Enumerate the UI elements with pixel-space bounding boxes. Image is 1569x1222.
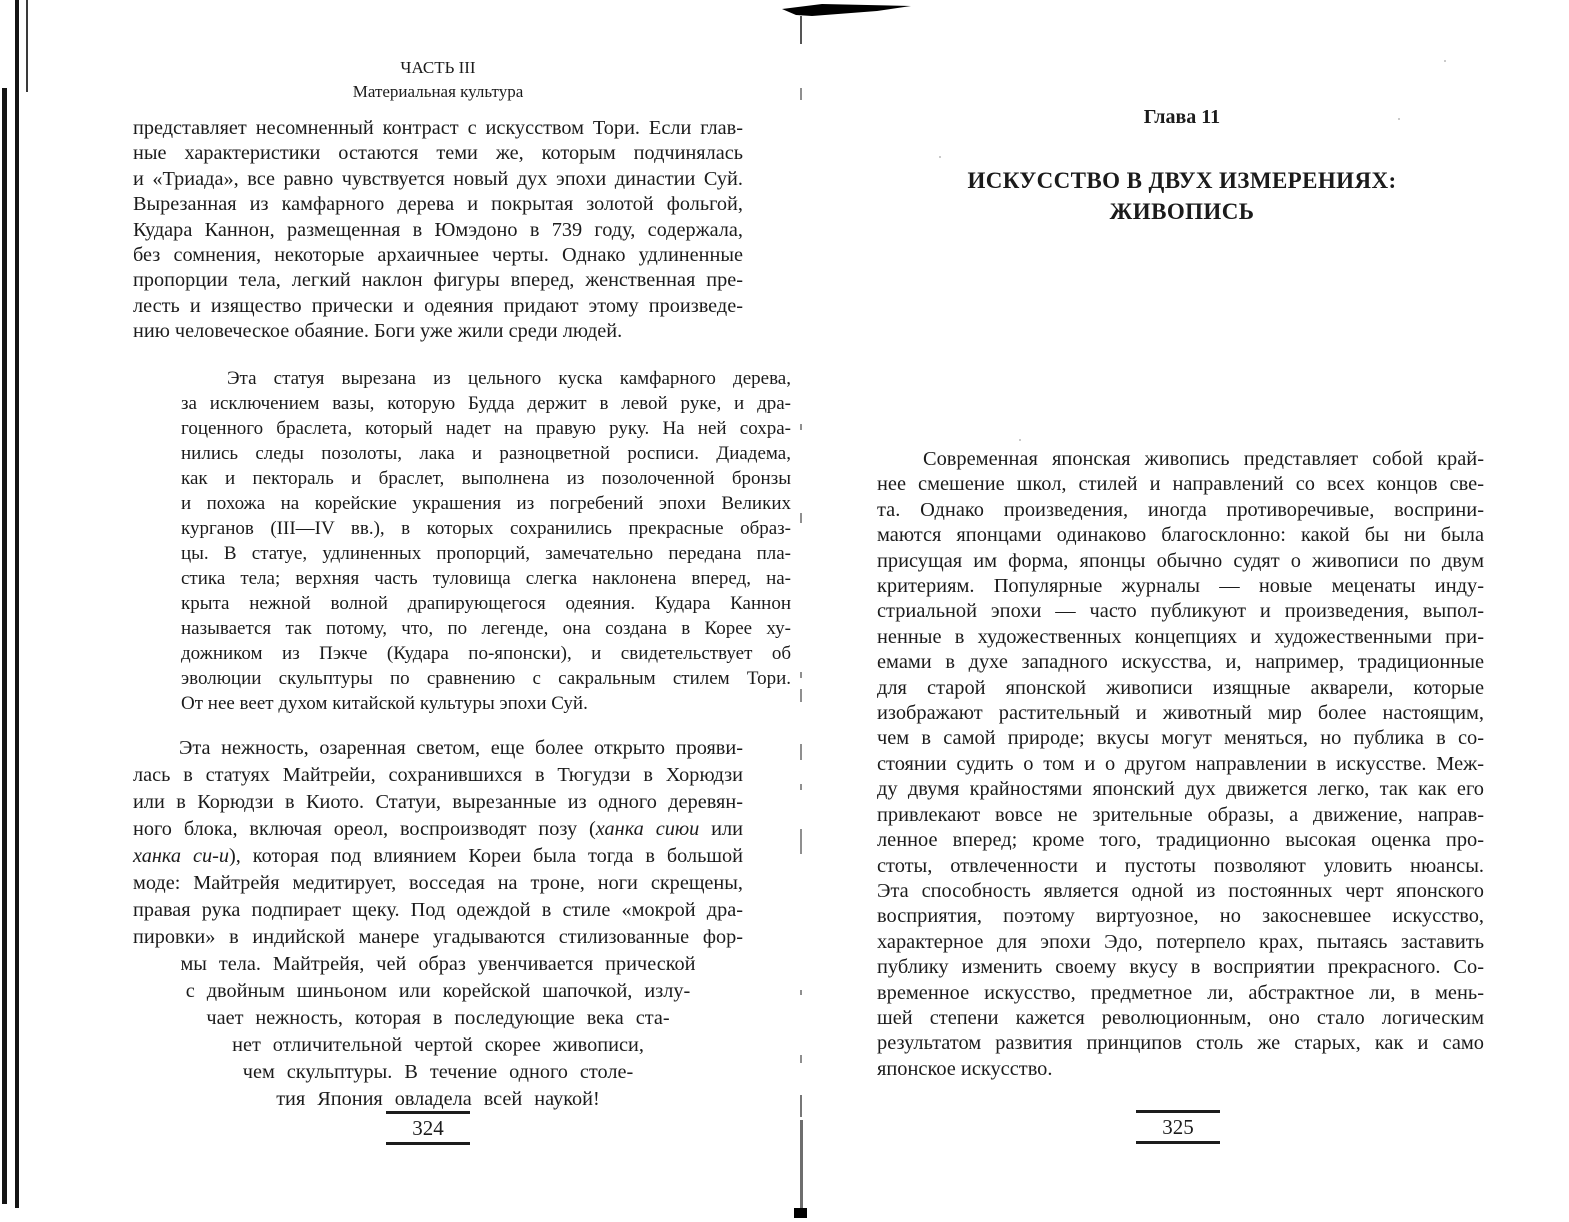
text-line: чем в самой природе; вкусы могут менятьс…: [877, 726, 1484, 751]
text-line: характерное для эпохи Эдо, потерпело кра…: [877, 930, 1484, 955]
text-line: лесть и изящество прически и одеяния при…: [133, 294, 743, 319]
left-page: ЧАСТЬ III Материальная культура представ…: [0, 0, 800, 1222]
text-line: пировки» в индийской манере угадываются …: [133, 924, 743, 951]
text-line: ду двумя крайностями японский дух движет…: [877, 777, 1484, 802]
text-line: стриальной эпохи — часто публикуют и про…: [877, 599, 1484, 624]
text-line: тия Япония овладела всей наукой!: [133, 1086, 743, 1113]
block-quote-paragraph: Эта статуя вырезана из цельного куска ка…: [181, 366, 791, 716]
text-line: Вырезанная из камфарного дерева и покрыт…: [133, 192, 743, 217]
text-line: ленное вперед; кроме того, традиционно в…: [877, 828, 1484, 853]
paragraph: представляет несомненный контраст с иску…: [133, 116, 743, 345]
text-line: нет отличительной чертой скорее живописи…: [133, 1032, 743, 1059]
text-line: крыта нежной волной драпирующегося одеян…: [181, 591, 791, 616]
page-number: 325: [1136, 1113, 1220, 1141]
paragraph: Современная японская живопись представля…: [877, 447, 1484, 1082]
text-line: пропорции тела, легкий наклон фигуры впе…: [133, 268, 743, 293]
text-line: Кудара Каннон, размещенная в Юмэдоно в 7…: [133, 218, 743, 243]
text-line: как и пектораль и браслет, выполнена из …: [181, 466, 791, 491]
text-line: маются японцами одинаково благосклонно: …: [877, 523, 1484, 548]
paragraph: Эта нежность, озаренная светом, еще боле…: [133, 735, 743, 1113]
chapter-label: Глава 11: [877, 106, 1487, 129]
running-head: ЧАСТЬ III Материальная культура: [133, 56, 743, 104]
text-line: присущая им форма, японцы обычно судят о…: [877, 549, 1484, 574]
text-line: нию человеческое обаяние. Боги уже жили …: [133, 319, 743, 344]
text-line: нились следы позолоты, лака и разноцветн…: [181, 441, 791, 466]
text-line: дожником из Пэкче (Кудара по-японски), и…: [181, 641, 791, 666]
text-line: японское искусство.: [877, 1057, 1484, 1082]
text-line: изображают растительный и животный мир б…: [877, 701, 1484, 726]
section-label: Материальная культура: [133, 80, 743, 104]
text-line: за исключением вазы, которую Будда держи…: [181, 391, 791, 416]
text-line: ханка си-и), которая под влиянием Кореи …: [133, 843, 743, 870]
footer-rule: [1136, 1141, 1220, 1144]
text-line: привлекают вовсе не зрительные образы, а…: [877, 803, 1484, 828]
text-line: Эта нежность, озаренная светом, еще боле…: [133, 735, 743, 762]
text-line: Современная японская живопись представля…: [877, 447, 1484, 472]
text-line: для старой японской живописи изящные акв…: [877, 676, 1484, 701]
text-line: и похожа на корейские украшения из погре…: [181, 491, 791, 516]
text-line: стика тела; верхняя часть туловища слегк…: [181, 566, 791, 591]
text-line: временное искусство, предметное ли, абст…: [877, 981, 1484, 1006]
text-line: ненные в художественных концепциях и худ…: [877, 625, 1484, 650]
left-text-column: представляет несомненный контраст с иску…: [133, 116, 743, 1113]
page-number: 324: [386, 1114, 470, 1142]
text-line: мы тела. Майтрейя, чей образ увенчиваетс…: [133, 951, 743, 978]
text-line: результатом развития принципов столь же …: [877, 1031, 1484, 1056]
text-line: От нее веет духом китайской культуры эпо…: [181, 691, 791, 716]
chapter-title: ИСКУССТВО В ДВУХ ИЗМЕРЕНИЯХ: ЖИВОПИСЬ: [877, 165, 1487, 227]
page-footer: 325: [1136, 1110, 1220, 1144]
text-line: Эта статуя вырезана из цельного куска ка…: [181, 366, 791, 391]
text-line: та. Однако произведения, иногда противор…: [877, 498, 1484, 523]
text-line: чает нежность, которая в последующие век…: [133, 1005, 743, 1032]
part-label: ЧАСТЬ III: [133, 56, 743, 80]
text-line: ные характеристики остаются теми же, кот…: [133, 141, 743, 166]
book-scan-spread: { "colors": { "ink": "#1b1b1b", "paper":…: [0, 0, 1569, 1222]
text-line: моде: Майтрейя медитирует, восседая на т…: [133, 870, 743, 897]
text-line: гоценного браслета, который надет на пра…: [181, 416, 791, 441]
text-line: шей степени кажется революционным, оно с…: [877, 1006, 1484, 1031]
chapter-title-line: ИСКУССТВО В ДВУХ ИЗМЕРЕНИЯХ:: [877, 165, 1487, 196]
text-line: нее смешение школ, стилей и направлений …: [877, 472, 1484, 497]
text-line: восприятия, поэтому виртуозное, но закос…: [877, 904, 1484, 929]
text-line: с двойным шиньоном или корейской шапочко…: [133, 978, 743, 1005]
text-line: емами в духе западного искусства, и, нап…: [877, 650, 1484, 675]
text-line: представляет несомненный контраст с иску…: [133, 116, 743, 141]
text-line: цы. В статуе, удлиненных пропорций, заме…: [181, 541, 791, 566]
text-line: без сомнения, некоторые архаичныее черты…: [133, 243, 743, 268]
text-line: курганов (III—IV вв.), в которых сохрани…: [181, 516, 791, 541]
text-line: Эта способность является одной из постоя…: [877, 879, 1484, 904]
text-line: критериям. Популярные журналы — новые ме…: [877, 574, 1484, 599]
text-line: чем скульптуры. В течение одного столе-: [133, 1059, 743, 1086]
text-line: и «Триада», все равно чувствуется новый …: [133, 167, 743, 192]
text-line: называется так потому, что, по легенде, …: [181, 616, 791, 641]
text-line: или в Корюдзи в Киото. Статуи, вырезанны…: [133, 789, 743, 816]
page-footer: 324: [386, 1111, 470, 1145]
text-line: правая рука подпирает щеку. Под одеждой …: [133, 897, 743, 924]
footer-rule: [386, 1142, 470, 1145]
chapter-title-line: ЖИВОПИСЬ: [877, 196, 1487, 227]
text-line: стоты, отвлеченности и пустоты позволяют…: [877, 854, 1484, 879]
text-line: стоянии судить о том и о другом направле…: [877, 752, 1484, 777]
text-line: эволюции скульптуры по сравнению с сакра…: [181, 666, 791, 691]
text-line: лась в статуях Майтрейи, сохранившихся в…: [133, 762, 743, 789]
text-line: ного блока, включая ореол, воспроизводят…: [133, 816, 743, 843]
right-text-column: Современная японская живопись представля…: [877, 447, 1484, 1082]
text-line: публику изменить своему вкусу в восприят…: [877, 955, 1484, 980]
